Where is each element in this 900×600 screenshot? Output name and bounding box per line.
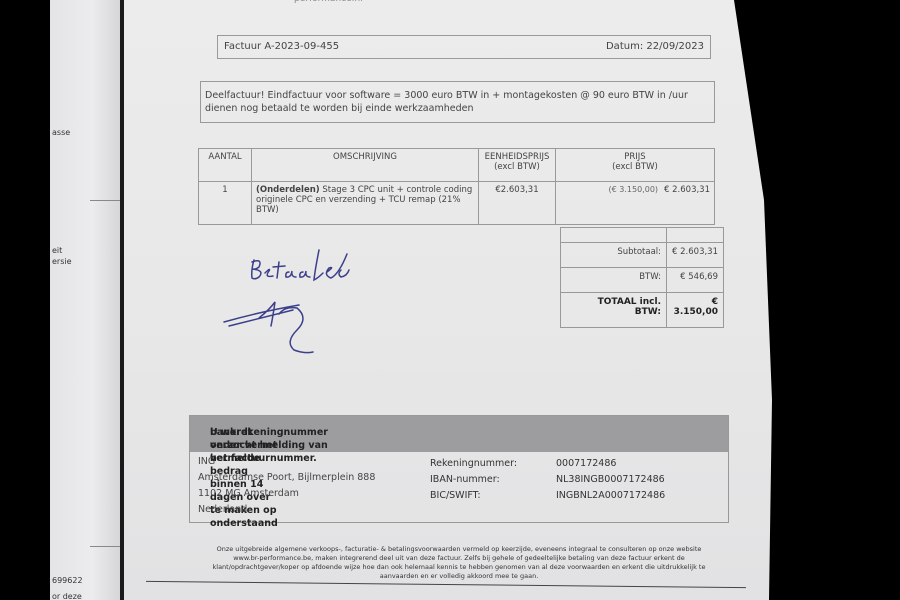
background-page: asse eit ersie 699622 or deze [50,0,123,600]
totals-table: Subtotaal: € 2.603,31 BTW: € 546,69 TOTA… [560,227,724,328]
column-header-quantity: AANTAL [199,149,252,182]
bank-details: Rekeningnummer:0007172486 IBAN-nummer:NL… [430,456,665,504]
bank-address-line: Amsterdamse Poort, Bijlmerplein 888 [198,470,375,486]
item-unit-price: €2.603,31 [479,182,556,225]
total-value: € 3.150,00 [667,293,724,328]
iban-row: IBAN-nummer:NL38INGB0007172486 [430,472,665,488]
address-box [744,0,834,9]
subtotal-value: € 2.603,31 [667,243,724,268]
bank-country: Nederland [198,502,375,518]
bank-name: ING [198,454,375,470]
payment-instructions: U wordt verzocht het vermelde bedrag bin… [189,415,729,523]
item-description: (Onderdelen) Stage 3 CPC unit + controle… [252,182,479,225]
invoice-number: Factuur A-2023-09-455 [224,41,339,52]
side-page-fragment: eit [52,246,62,255]
terms-footer: Onze uitgebreide algemene verkoops-, fac… [184,545,734,581]
footer-rule [146,581,746,588]
side-page-fragment: or deze [52,592,82,600]
invoice-page: performance.nl Factuur A-2023-09-455 Dat… [124,0,774,600]
payment-instruction-header: U wordt verzocht het vermelde bedrag bin… [190,416,728,452]
subtotal-label: Subtotaal: [561,243,667,268]
vat-label: BTW: [561,268,667,293]
table-row: 1 (Onderdelen) Stage 3 CPC unit + contro… [199,182,715,225]
account-number-row: Rekeningnummer:0007172486 [430,456,665,472]
subtotal-row: Subtotaal: € 2.603,31 [561,243,724,268]
side-page-rule [90,200,120,201]
column-header-description: OMSCHRIJVING [252,149,479,182]
bank-address-line: 1102 MG Amsterdam [198,486,375,502]
vat-row: BTW: € 546,69 [561,268,724,293]
item-price: (€ 3.150,00)€ 2.603,31 [556,182,715,225]
partial-invoice-note: Deelfactuur! Eindfactuur voor software =… [200,81,715,123]
items-table: AANTAL OMSCHRIJVING EENHEIDSPRIJS(excl B… [198,148,715,225]
item-category: (Onderdelen) [256,185,320,195]
vat-value: € 546,69 [667,268,724,293]
item-price-incl-vat: (€ 3.150,00) [609,185,659,194]
bank-address: ING Amsterdamse Poort, Bijlmerplein 888 … [198,454,375,518]
column-header-unit-price: EENHEIDSPRIJS(excl BTW) [479,149,556,182]
note-line: dienen nog betaald te worden bij einde w… [205,102,688,115]
company-logo-fragment: performance.nl [294,0,363,4]
table-header-row: AANTAL OMSCHRIJVING EENHEIDSPRIJS(excl B… [199,149,715,182]
side-page-fragment: ersie [52,257,72,266]
total-row: TOTAAL incl.BTW: € 3.150,00 [561,293,724,328]
handwritten-paid-signature [219,240,389,370]
item-quantity: 1 [199,182,252,225]
invoice-header: Factuur A-2023-09-455 Datum: 22/09/2023 [217,35,711,59]
side-page-rule [90,546,120,547]
side-page-fragment: asse [52,128,70,137]
total-label: TOTAAL incl.BTW: [561,293,667,328]
note-line: Deelfactuur! Eindfactuur voor software =… [205,89,688,102]
bic-row: BIC/SWIFT:INGBNL2A0007172486 [430,488,665,504]
invoice-date: Datum: 22/09/2023 [606,41,704,52]
column-header-price: PRIJS(excl BTW) [556,149,715,182]
side-page-fragment: 699622 [52,576,83,585]
